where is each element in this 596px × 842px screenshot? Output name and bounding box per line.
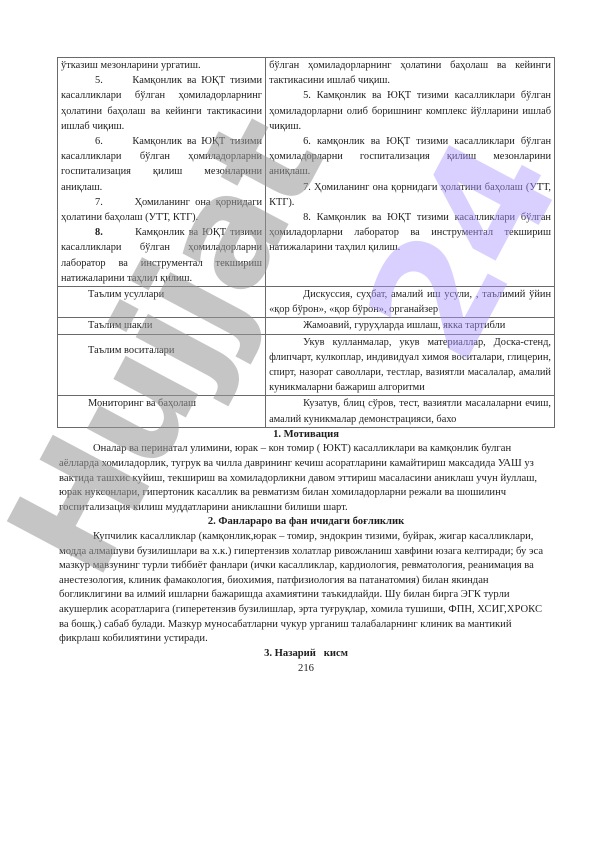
section-title: 3. Назарий кисм: [57, 647, 555, 662]
row-value-text: Жамоавий, гуруҳларда ишлаш, якка тартибл…: [269, 318, 551, 333]
section-body: Оналар ва перинатал улимини, юрак – кон …: [57, 442, 555, 515]
section-body-text: Оналар ва перинатал улимини, юрак – кон …: [59, 443, 537, 512]
objective-item: 7. Ҳомиланинг она қорнидаги ҳолатини баҳ…: [269, 180, 551, 210]
objective-item: 8. Камқонлик ва ЮҚТ тизими касалликлари …: [269, 210, 551, 256]
row-value: Жамоавий, гуруҳларда ишлаш, якка тартибл…: [266, 318, 555, 334]
objectives-right-lead: бўлган ҳомиладорларнинг ҳолатини баҳолаш…: [269, 58, 551, 88]
section-title: 1. Мотивация: [57, 428, 555, 443]
row-value: Укув кулланмалар, укув материаллар, Доск…: [266, 334, 555, 396]
row-label: Таълим усуллари: [58, 287, 266, 318]
table-row-objectives: ўтказиш мезонларини ургатиш. 5. Камқонли…: [58, 58, 555, 287]
row-label: Таълим воситалари: [58, 334, 266, 396]
objectives-left-lead: ўтказиш мезонларини ургатиш.: [61, 58, 262, 73]
objective-text: Ҳомиланинг она қорнидаги ҳолатини баҳола…: [61, 197, 262, 223]
section-motivation: 1. Мотивация Оналар ва перинатал улимини…: [57, 428, 555, 516]
objective-item: 6. камқонлик ва ЮҚТ тизими касалликлари …: [269, 134, 551, 180]
objective-number: 8.: [95, 227, 103, 238]
objective-number: 5.: [95, 75, 103, 86]
row-label: Мониторинг ва баҳолаш: [58, 396, 266, 427]
row-value: Дискуссия, суҳбат, амалий иш усули, , та…: [266, 287, 555, 318]
document-page: ўтказиш мезонларини ургатиш. 5. Камқонли…: [57, 57, 555, 677]
page-number: 216: [57, 661, 555, 677]
objective-text: Камқонлик ва ЮҚТ тизими касалликлари бўл…: [61, 136, 262, 193]
objective-number: 7.: [95, 197, 103, 208]
lesson-plan-table: ўтказиш мезонларини ургатиш. 5. Камқонли…: [57, 57, 555, 428]
objectives-right-cell: бўлган ҳомиладорларнинг ҳолатини баҳолаш…: [266, 58, 555, 287]
row-value: Кузатув, блиц сўров, тест, вазиятли маса…: [266, 396, 555, 427]
table-row: Таълим воситалари Укув кулланмалар, укув…: [58, 334, 555, 396]
objective-text: Камқонлик ва ЮҚТ тизими касалликлари бўл…: [61, 227, 262, 284]
row-value-text: Дискуссия, суҳбат, амалий иш усули, , та…: [269, 287, 551, 317]
row-label: Таълим шакли: [58, 318, 266, 334]
table-row: Таълим усуллари Дискуссия, суҳбат, амали…: [58, 287, 555, 318]
table-row: Таълим шакли Жамоавий, гуруҳларда ишлаш,…: [58, 318, 555, 334]
section-title: 2. Фанлараро ва фан ичидаги боғликлик: [57, 515, 555, 530]
objective-number: 6.: [95, 136, 103, 147]
row-value-text: Укув кулланмалар, укув материаллар, Доск…: [269, 335, 551, 396]
objective-item: 7. Ҳомиланинг она қорнидаги ҳолатини баҳ…: [61, 195, 262, 225]
section-interdisciplinary: 2. Фанлараро ва фан ичидаги боғликлик Ку…: [57, 515, 555, 646]
section-body: Купчилик касалликлар (камқонлик,юрак – т…: [57, 530, 555, 647]
objective-item: 6. Камқонлик ва ЮҚТ тизими касалликлари …: [61, 134, 262, 195]
objective-item: 5. Камқонлик ва ЮҚТ тизими касалликлари …: [61, 73, 262, 134]
row-value-text: Кузатув, блиц сўров, тест, вазиятли маса…: [269, 396, 551, 426]
section-body-text: Купчилик касалликлар (камқонлик,юрак – т…: [59, 531, 543, 644]
objective-item: 8. Камқонлик ва ЮҚТ тизими касалликлари …: [61, 225, 262, 286]
objective-item: 5. Камқонлик ва ЮҚТ тизими касалликлари …: [269, 88, 551, 134]
objectives-left-cell: ўтказиш мезонларини ургатиш. 5. Камқонли…: [58, 58, 266, 287]
table-row: Мониторинг ва баҳолаш Кузатув, блиц сўро…: [58, 396, 555, 427]
section-theory: 3. Назарий кисм: [57, 647, 555, 662]
objective-text: Камқонлик ва ЮҚТ тизими касалликлари бўл…: [61, 75, 262, 132]
